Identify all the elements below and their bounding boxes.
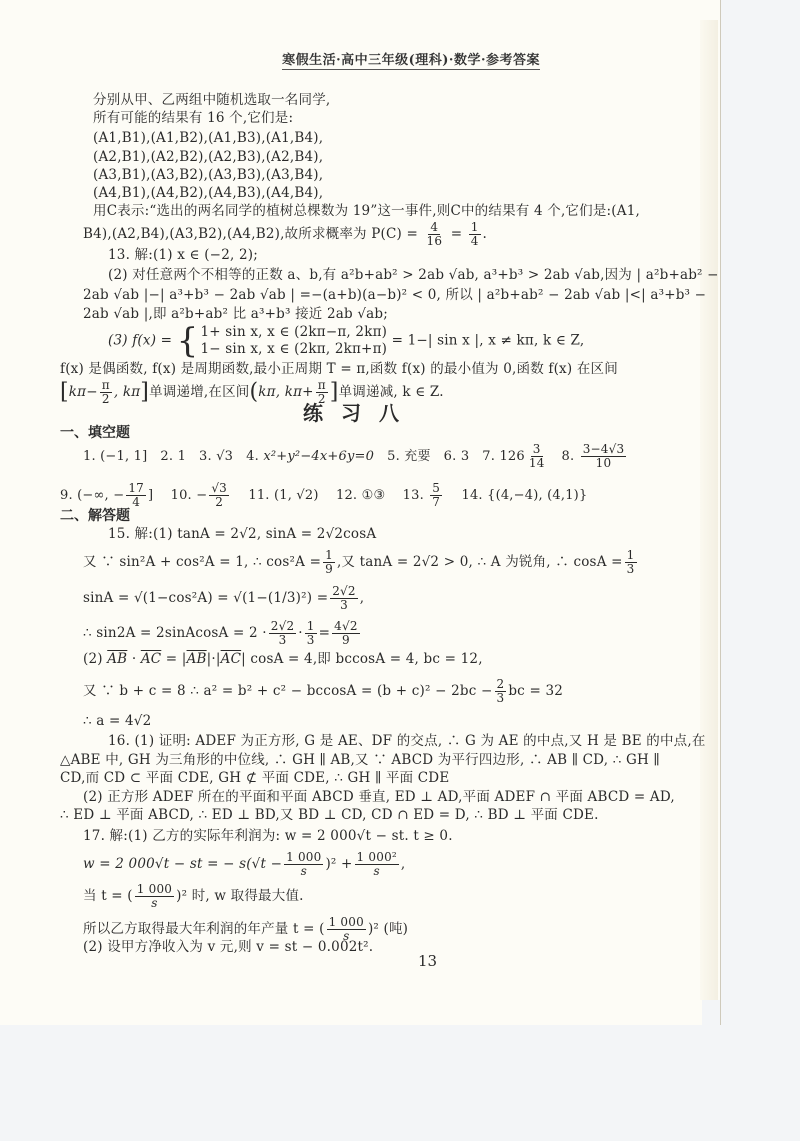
text-line: 分别从甲、乙两组中随机选取一名同学, — [93, 91, 330, 109]
fraction: 416 — [425, 221, 445, 248]
fill-answers-row-1: 1. (−1, 1] 2. 1 3. √3 4. x²+y²−4x+6y=0 5… — [83, 443, 628, 470]
left-brace: { — [177, 324, 199, 358]
probability-line: B4),(A2,B4),(A3,B2),(A4,B2),故所求概率为 P(C) … — [83, 221, 487, 248]
outcome-row: (A4,B1),(A4,B2),(A4,B3),(A4,B4), — [93, 184, 323, 202]
q16-line: CD,而 CD ⊂ 平面 CDE, GH ⊄ 平面 CDE, ∴ GH ∥ 平面… — [60, 769, 449, 787]
q17-line: 17. 解:(1) 乙方的实际年利润为: w = 2 000√t − st. t… — [83, 827, 453, 845]
q16-line: ∴ ED ⊥ 平面 ABCD, ∴ ED ⊥ BD,又 BD ⊥ CD, CD … — [60, 806, 599, 824]
scanned-page: 寒假生活·高中三年级(理科)·数学·参考答案 分别从甲、乙两组中随机选取一名同学… — [0, 0, 721, 1025]
q15-line: 又 ∵ b + c = 8 ∴ a² = b² + c² − bccosA = … — [83, 678, 563, 705]
outcome-row: (A2,B1),(A2,B2),(A2,B3),(A2,B4), — [93, 148, 323, 166]
page-number: 13 — [418, 952, 437, 970]
running-header: 寒假生活·高中三年级(理科)·数学·参考答案 — [282, 49, 540, 70]
q15-line: sinA = √(1−cos²A) = √(1−(1/3)²) =2√23, — [83, 585, 364, 612]
q13-part2-line: 2ab √ab |−| a³+b³ − 2ab √ab | =−(a+b)(a−… — [83, 286, 706, 304]
text-line: 用C表示:“选出的两名同学的植树总棵数为 19”这一事件,则C中的结果有 4 个… — [93, 202, 640, 220]
page-corner-notch — [702, 1000, 720, 1025]
q15-line: 又 ∵ sin²A + cos²A = 1, ∴ cos²A =19,又 tan… — [83, 549, 639, 576]
q17-line: (2) 设甲方净收入为 v 元,则 v = st − 0.002t². — [83, 938, 373, 956]
probability-text: B4),(A2,B4),(A3,B2),(A4,B2),故所求概率为 P(C) … — [83, 226, 418, 242]
q13-part2-line: (2) 对任意两个不相等的正数 a、b,有 a²b+ab² > 2ab √ab,… — [108, 266, 719, 284]
q16-line: △ABE 中, GH 为三角形的中位线, ∴ GH ∥ AB,又 ∵ ABCD … — [60, 751, 660, 769]
q15-line: ∴ sin2A = 2sinAcosA = 2 ·2√23·13=4√29 — [83, 620, 362, 647]
fill-in-heading: 一、填空题 — [60, 422, 130, 442]
q13-part3-line: f(x) 是偶函数, f(x) 是周期函数,最小正周期 T = π,函数 f(x… — [60, 360, 618, 378]
solutions-heading: 二、解答题 — [60, 505, 130, 525]
q13-part3-piecewise: (3) f(x) = {1+ sin x, x ∈ (2kπ−π, 2kπ)1−… — [108, 324, 584, 358]
q17-line: w = 2 000√t − st = − s(√t −1 000s)² +1 0… — [83, 851, 405, 878]
q15-result: ∴ a = 4√2 — [83, 712, 151, 730]
text-line: 所有可能的结果有 16 个,它们是: — [93, 109, 293, 127]
q15-line: 15. 解:(1) tanA = 2√2, sinA = 2√2cosA — [108, 525, 376, 543]
q16-line: 16. (1) 证明: ADEF 为正方形, G 是 AE、DF 的交点, ∴ … — [108, 732, 706, 750]
outcome-row: (A1,B1),(A1,B2),(A1,B3),(A1,B4), — [93, 129, 323, 147]
q16-line: (2) 正方形 ADEF 所在的平面和平面 ABCD 垂直, ED ⊥ AD,平… — [83, 788, 675, 806]
q13-part1: 13. 解:(1) x ∈ (−2, 2); — [108, 246, 258, 264]
q13-part2-line: 2ab √ab |,即 a²b+ab² 比 a³+b³ 接近 2ab √ab; — [83, 305, 388, 323]
q15-vector-line: (2) AB · AC = |AB|·|AC| cosA = 4,即 bccos… — [83, 650, 483, 668]
fill-answers-row-2: 9. (−∞, −174] 10. −√32 11. (1, √2) 12. ①… — [60, 482, 587, 509]
outcome-row: (A3,B1),(A3,B2),(A3,B3),(A3,B4), — [93, 166, 323, 184]
q17-line: 当 t = (1 000s)² 时, w 取得最大值. — [83, 883, 304, 910]
page-edge-shadow — [700, 20, 718, 1000]
fraction: 14 — [469, 221, 481, 248]
